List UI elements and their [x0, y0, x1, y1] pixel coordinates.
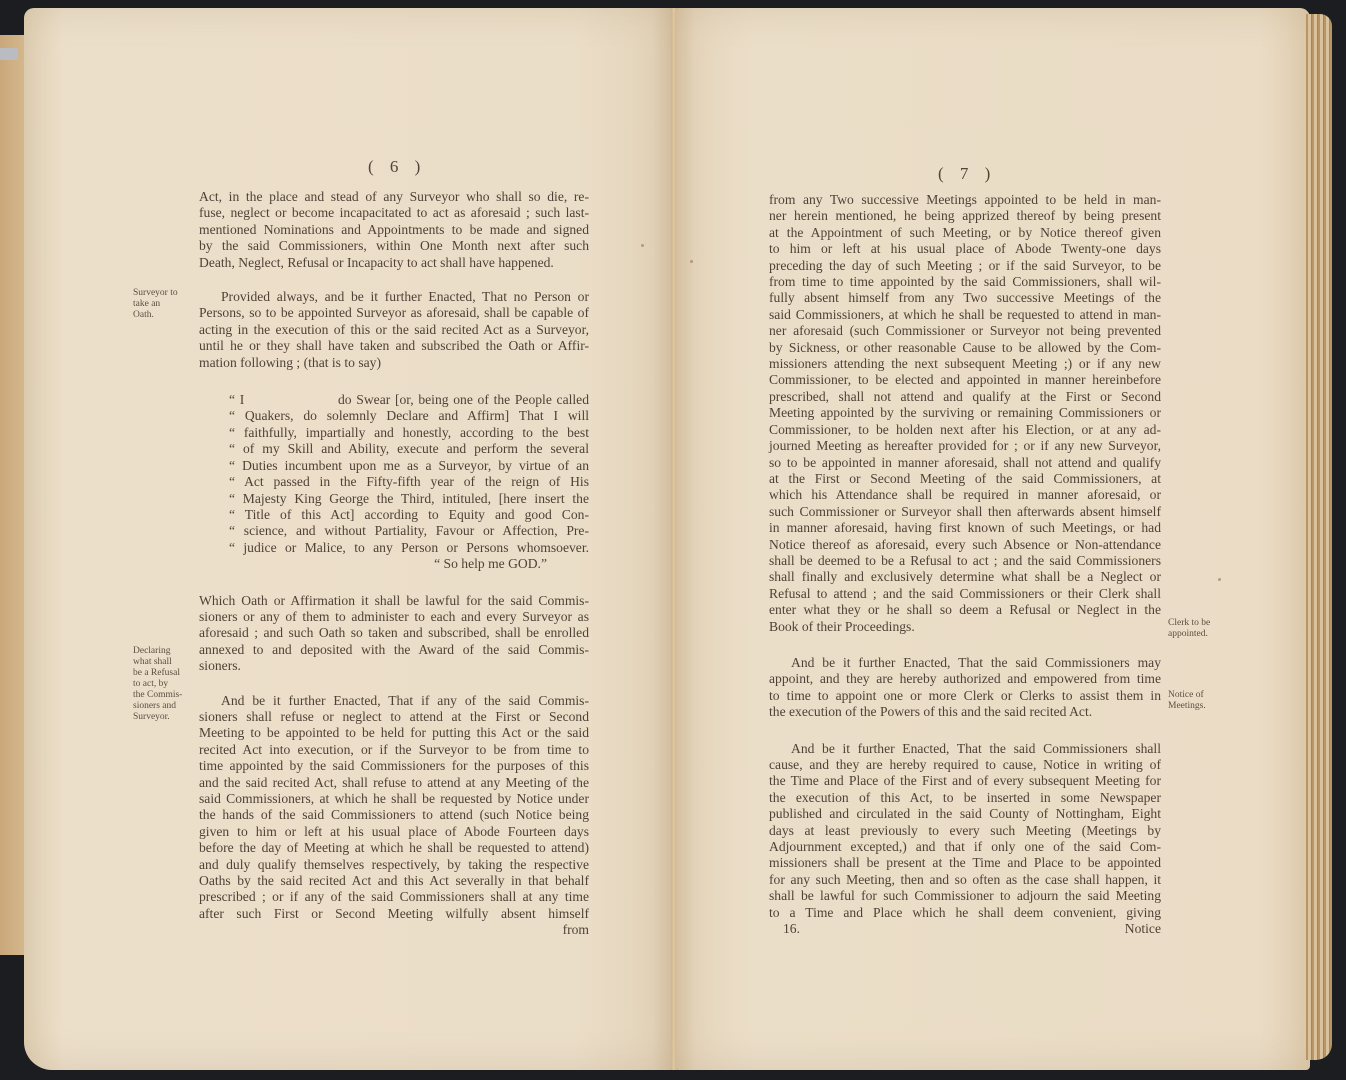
text-line: journed Meeting as hereafter provided fo… — [769, 438, 1161, 454]
text-line: until he or they shall have taken and su… — [199, 338, 589, 354]
text-line: Meeting appointed by the surviving or re… — [769, 405, 1161, 421]
text-line: prescribed ; or if any of the said Commi… — [199, 889, 589, 905]
underlying-paper-strip — [0, 48, 18, 60]
text-line: appoint, and they are hereby authorized … — [769, 671, 1161, 687]
text-line: Adjournment excepted,) and that if only … — [769, 839, 1161, 855]
marginal-line: Surveyor. — [133, 712, 182, 723]
text-line: from any Two successive Meetings appoint… — [769, 192, 1161, 208]
text-line: Persons, so to be appointed Surveyor as … — [199, 305, 589, 321]
text-line: to a Time and Place which he shall deem … — [769, 905, 1161, 921]
text-line: fuse, neglect or become incapacitated to… — [199, 205, 589, 221]
text-line: so to be appointed in manner aforesaid, … — [769, 455, 1161, 471]
oath-line: “ faithfully, impartially and honestly, … — [229, 425, 589, 441]
marginal-line: take an — [133, 299, 178, 310]
page-footer: 16. Notice — [769, 921, 1161, 937]
text-line: sioners shall refuse or neglect to atten… — [199, 709, 589, 725]
text-line: acting in the execution of this or the s… — [199, 322, 589, 338]
text-line: Which Oath or Affirmation it shall be la… — [199, 593, 589, 609]
text-line: the execution of the Powers of this and … — [769, 704, 1161, 720]
text-line: sioners. — [199, 658, 589, 674]
oath-line: “ Duties incumbent upon me as a Surveyor… — [229, 458, 589, 474]
paragraph-clerk: And be it further Enacted, That the said… — [769, 655, 1161, 721]
marginal-line: the Commis- — [133, 690, 182, 701]
text-line: and the said recited Act, shall refuse t… — [199, 775, 589, 791]
text-line: Oaths by the said recited Act and this A… — [199, 873, 589, 889]
text-line: in manner aforesaid, having first known … — [769, 520, 1161, 536]
text-line: at the First or Second Meeting of the sa… — [769, 471, 1161, 487]
text-line: Provided always, and be it further Enact… — [199, 289, 589, 305]
text-line: cause, and they are hereby required to c… — [769, 757, 1161, 773]
signature-mark: 16. — [769, 921, 800, 937]
text-line: recited Act into execution, or if the Su… — [199, 742, 589, 758]
marginal-note-notice: Notice of Meetings. — [1168, 690, 1206, 712]
marginal-line: appointed. — [1168, 629, 1210, 640]
text-line: shall be deemed to be a Refusal to act ;… — [769, 553, 1161, 569]
text-line: aforesaid ; and such Oath so taken and s… — [199, 625, 589, 641]
catchword: from — [199, 922, 589, 938]
marginal-note-clerk: Clerk to be appointed. — [1168, 618, 1210, 640]
catchword: Notice — [1125, 921, 1161, 937]
marginal-line: Declaring — [133, 646, 182, 657]
marginal-line: Notice of — [1168, 690, 1206, 701]
text-line: shall be lawful for such Commissioner to… — [769, 888, 1161, 904]
paper-speck — [1218, 578, 1221, 581]
text-line: to time to appoint one or more Clerk or … — [769, 688, 1161, 704]
marginal-note-surveyor-oath: Surveyor to take an Oath. — [133, 288, 178, 321]
text-line: ner aforesaid (such Commissioner or Surv… — [769, 323, 1161, 339]
text-line: shall finally and exclusively determine … — [769, 569, 1161, 585]
marginal-line: Meetings. — [1168, 701, 1206, 712]
marginal-line: what shall — [133, 657, 182, 668]
text-line: And be it further Enacted, That the said… — [769, 655, 1161, 671]
text-line: And be it further Enacted, That the said… — [769, 741, 1161, 757]
text-line: missioners shall be present at the Time … — [769, 855, 1161, 871]
text-line: And be it further Enacted, That if any o… — [199, 693, 589, 709]
text-line: before the day of Meeting at which he sh… — [199, 840, 589, 856]
text-line: given to him or left at his usual place … — [199, 824, 589, 840]
oath-line: “ judice or Malice, to any Person or Per… — [229, 540, 589, 556]
paragraph-refusal-to-act: And be it further Enacted, That if any o… — [199, 693, 589, 939]
oath-line: “ of my Skill and Ability, execute and p… — [229, 441, 589, 457]
text-line: annexed to and deposited with the Award … — [199, 642, 589, 658]
text-line: the Time and Place of the First and of e… — [769, 773, 1161, 789]
marginal-line: to act, by — [133, 679, 182, 690]
text-line: at the Appointment of such Meeting, or b… — [769, 225, 1161, 241]
left-page-text: Act, in the place and stead of any Surve… — [199, 189, 589, 939]
oath-line: “ science, and without Partiality, Favou… — [229, 523, 589, 539]
text-line: sioners or any of them to administer to … — [199, 609, 589, 625]
text-line: ner herein mentioned, he being apprized … — [769, 208, 1161, 224]
text-line: the hands of the said Commissioners to a… — [199, 807, 589, 823]
page-number-right: ( 7 ) — [938, 164, 996, 184]
text-line: mation following ; (that is to say) — [199, 355, 589, 371]
oath-line: “ Act passed in the Fifty-fifth year of … — [229, 474, 589, 490]
text-line: Notice thereof as aforesaid, every such … — [769, 537, 1161, 553]
paragraph-continuation: from any Two successive Meetings appoint… — [769, 192, 1161, 635]
oath-text: “ I do Swear [or, being one of the Peopl… — [199, 392, 589, 572]
oath-line: “ Majesty King George the Third, intitul… — [229, 491, 589, 507]
text-line: Meeting to be appointed to be held for p… — [199, 725, 589, 741]
marginal-line: sioners and — [133, 701, 182, 712]
text-line: said Commissioners, at which he shall be… — [769, 307, 1161, 323]
text-line: after such First or Second Meeting wilfu… — [199, 906, 589, 922]
paper-speck — [690, 260, 693, 263]
text-line: Death, Neglect, Refusal or Incapacity to… — [199, 255, 589, 271]
text-line: which his Attendance shall be required i… — [769, 487, 1161, 503]
text-line: Commissioner, to be elected and appointe… — [769, 372, 1161, 388]
page-number-left: ( 6 ) — [368, 157, 426, 177]
text-line: by Sickness, or other reasonable Cause t… — [769, 340, 1161, 356]
oath-line: “ Title of this Act] according to Equity… — [229, 507, 589, 523]
text-line: Refusal to attend ; and the said Commiss… — [769, 586, 1161, 602]
marginal-line: be a Refusal — [133, 668, 182, 679]
text-line: Book of their Proceedings. — [769, 619, 1161, 635]
text-line: for any such Meeting, then and so often … — [769, 872, 1161, 888]
paragraph-surveyor-oath: Provided always, and be it further Enact… — [199, 289, 589, 371]
paragraph-continuation: Act, in the place and stead of any Surve… — [199, 189, 589, 271]
text-line: and duly qualify themselves respectively… — [199, 857, 589, 873]
text-line: said Commissioners, at which he shall be… — [199, 791, 589, 807]
oath-closing: “ So help me GOD.” — [229, 556, 589, 572]
oath-line: “ I do Swear [or, being one of the Peopl… — [229, 392, 589, 408]
page-edges-stack — [1306, 14, 1332, 1060]
paragraph-oath-administration: Which Oath or Affirmation it shall be la… — [199, 593, 589, 675]
right-page-text: from any Two successive Meetings appoint… — [769, 192, 1161, 937]
text-line: missioners attending the next subsequent… — [769, 356, 1161, 372]
text-line: Commissioner, to be holden next after hi… — [769, 422, 1161, 438]
oath-line: “ Quakers, do solemnly Declare and Affir… — [229, 408, 589, 424]
text-line: from time to time appointed by the said … — [769, 274, 1161, 290]
text-line: enter what they or he shall so deem a Re… — [769, 602, 1161, 618]
paper-speck — [641, 244, 644, 247]
marginal-line: Oath. — [133, 310, 178, 321]
text-line: preceding the day of such Meeting ; or i… — [769, 258, 1161, 274]
text-line: such Commissioner or Surveyor shall then… — [769, 504, 1161, 520]
paragraph-notice-of-meetings: And be it further Enacted, That the said… — [769, 741, 1161, 938]
text-line: the execution of this Act, to be inserte… — [769, 790, 1161, 806]
text-line: published and circulated in the said Cou… — [769, 806, 1161, 822]
marginal-line: Clerk to be — [1168, 618, 1210, 629]
marginal-line: Surveyor to — [133, 288, 178, 299]
marginal-note-refusal: Declaring what shall be a Refusal to act… — [133, 646, 182, 723]
text-line: prescribed, shall not attend and qualify… — [769, 389, 1161, 405]
text-line: to him or left at his usual place of Abo… — [769, 241, 1161, 257]
text-line: time appointed by the said Commissioners… — [199, 758, 589, 774]
text-line: by the said Commissioners, within One Mo… — [199, 238, 589, 254]
text-line: fully absent himself from any Two succes… — [769, 290, 1161, 306]
text-line: days at least previously to every such M… — [769, 823, 1161, 839]
text-line: Act, in the place and stead of any Surve… — [199, 189, 589, 205]
text-line: mentioned Nominations and Appointments t… — [199, 222, 589, 238]
